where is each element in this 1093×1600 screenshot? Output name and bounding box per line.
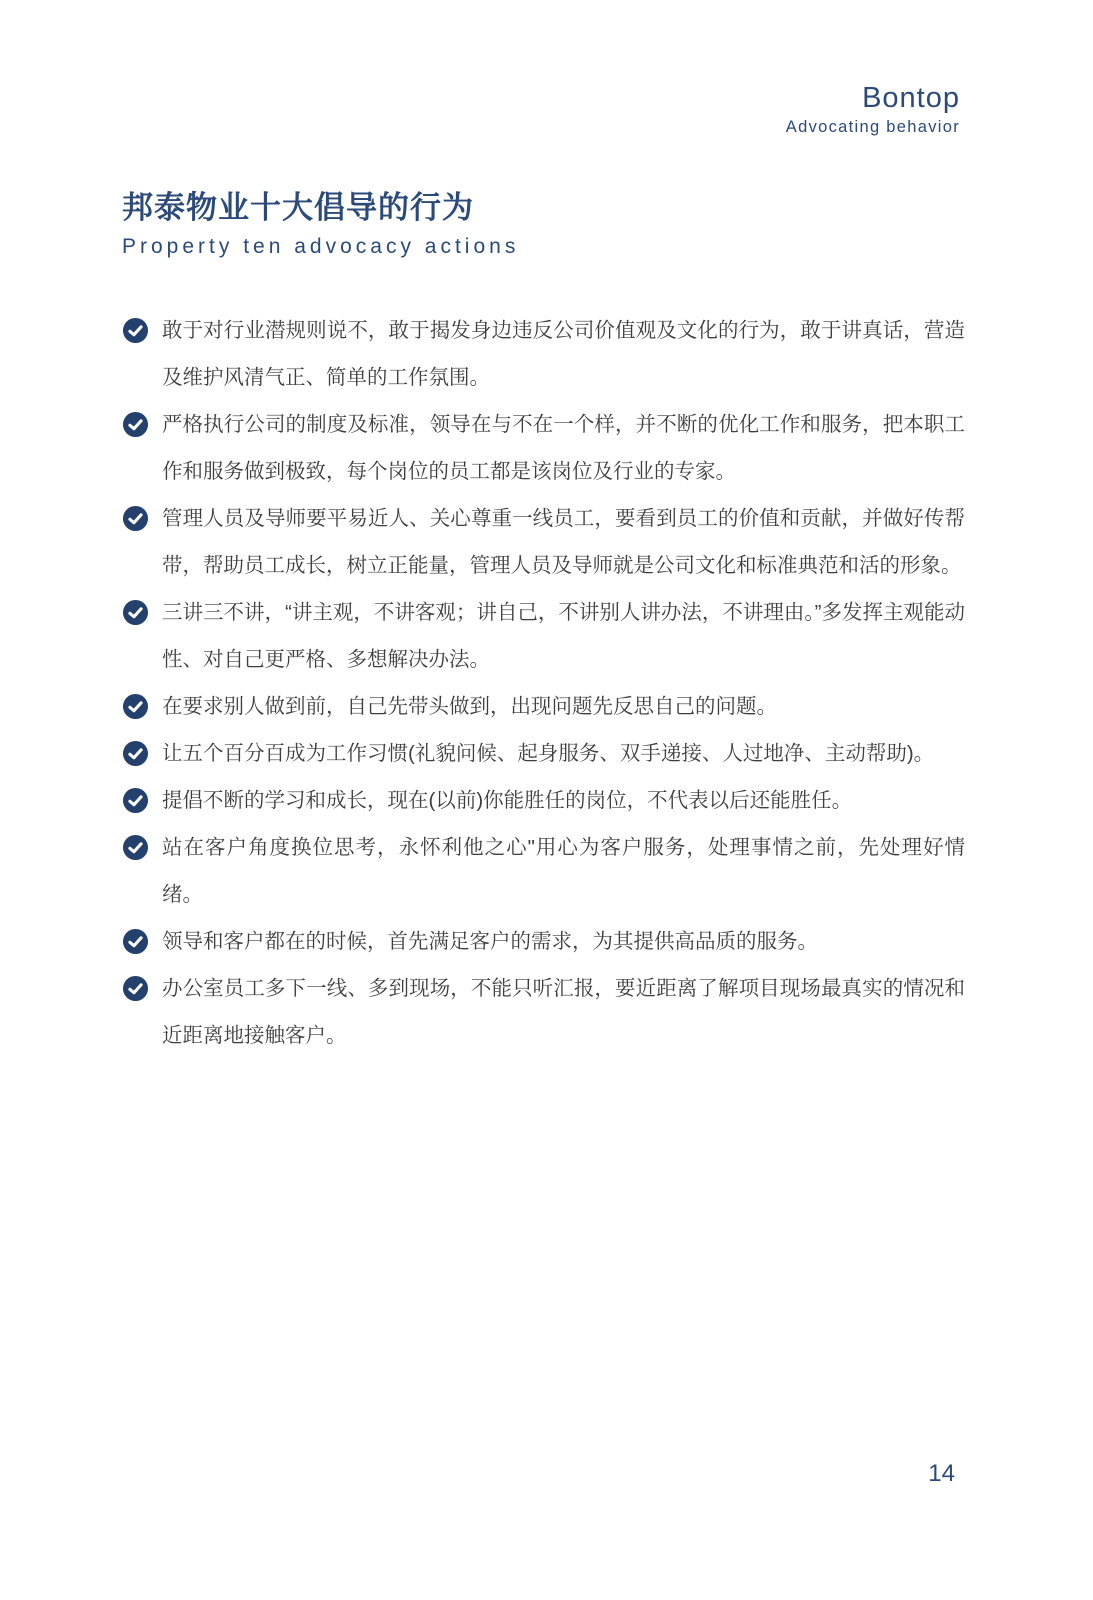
check-circle-icon xyxy=(122,777,162,814)
page-title-en: Property ten advocacy actions xyxy=(122,235,963,259)
list-item-text: 严格执行公司的制度及标准，领导在与不在一个样，并不断的优化工作和服务，把本职工作… xyxy=(162,401,965,495)
list-item-text: 敢于对行业潜规则说不，敢于揭发身边违反公司价值观及文化的行为，敢于讲真话，营造及… xyxy=(162,307,965,401)
list-item: 三讲三不讲，“讲主观，不讲客观；讲自己，不讲别人讲办法，不讲理由。”多发挥主观能… xyxy=(122,589,965,683)
list-item: 严格执行公司的制度及标准，领导在与不在一个样，并不断的优化工作和服务，把本职工作… xyxy=(122,401,965,495)
check-circle-icon xyxy=(122,683,162,720)
list-item: 站在客户角度换位思考，永怀利他之心"用心为客户服务，处理事情之前，先处理好情绪。 xyxy=(122,824,965,918)
check-circle-icon xyxy=(122,918,162,955)
list-item-text: 让五个百分百成为工作习惯(礼貌问候、起身服务、双手递接、人过地净、主动帮助)。 xyxy=(162,730,965,777)
page-title-zh: 邦泰物业十大倡导的行为 xyxy=(122,182,963,227)
list-item-text: 在要求别人做到前，自己先带头做到，出现问题先反思自己的问题。 xyxy=(162,683,965,730)
list-item: 敢于对行业潜规则说不，敢于揭发身边违反公司价值观及文化的行为，敢于讲真话，营造及… xyxy=(122,307,965,401)
brand-logo-text: Bontop xyxy=(0,83,960,115)
list-item: 在要求别人做到前，自己先带头做到，出现问题先反思自己的问题。 xyxy=(122,683,965,730)
check-circle-icon xyxy=(122,824,162,861)
advocacy-list: 敢于对行业潜规则说不，敢于揭发身边违反公司价值观及文化的行为，敢于讲真话，营造及… xyxy=(122,307,965,1059)
list-item-text: 三讲三不讲，“讲主观，不讲客观；讲自己，不讲别人讲办法，不讲理由。”多发挥主观能… xyxy=(162,589,965,683)
title-block: 邦泰物业十大倡导的行为 Property ten advocacy action… xyxy=(122,182,963,259)
check-circle-icon xyxy=(122,589,162,626)
list-item-text: 办公室员工多下一线、多到现场，不能只听汇报，要近距离了解项目现场最真实的情况和近… xyxy=(162,965,965,1059)
list-item: 领导和客户都在的时候，首先满足客户的需求，为其提供高品质的服务。 xyxy=(122,918,965,965)
list-item: 让五个百分百成为工作习惯(礼貌问候、起身服务、双手递接、人过地净、主动帮助)。 xyxy=(122,730,965,777)
check-circle-icon xyxy=(122,965,162,1002)
page-number: 14 xyxy=(928,1460,955,1488)
check-circle-icon xyxy=(122,401,162,438)
list-item: 管理人员及导师要平易近人、关心尊重一线员工，要看到员工的价值和贡献，并做好传帮带… xyxy=(122,495,965,589)
check-circle-icon xyxy=(122,307,162,344)
list-item: 提倡不断的学习和成长，现在(以前)你能胜任的岗位，不代表以后还能胜任。 xyxy=(122,777,965,824)
check-circle-icon xyxy=(122,495,162,532)
document-page: Bontop Advocating behavior 邦泰物业十大倡导的行为 P… xyxy=(0,0,1093,1600)
list-item-text: 站在客户角度换位思考，永怀利他之心"用心为客户服务，处理事情之前，先处理好情绪。 xyxy=(162,824,965,918)
check-circle-icon xyxy=(122,730,162,767)
list-item-text: 管理人员及导师要平易近人、关心尊重一线员工，要看到员工的价值和贡献，并做好传帮带… xyxy=(162,495,965,589)
brand-tagline: Advocating behavior xyxy=(0,118,960,137)
list-item-text: 提倡不断的学习和成长，现在(以前)你能胜任的岗位，不代表以后还能胜任。 xyxy=(162,777,965,824)
page-header: Bontop Advocating behavior xyxy=(0,0,1093,137)
list-item: 办公室员工多下一线、多到现场，不能只听汇报，要近距离了解项目现场最真实的情况和近… xyxy=(122,965,965,1059)
list-item-text: 领导和客户都在的时候，首先满足客户的需求，为其提供高品质的服务。 xyxy=(162,918,965,965)
